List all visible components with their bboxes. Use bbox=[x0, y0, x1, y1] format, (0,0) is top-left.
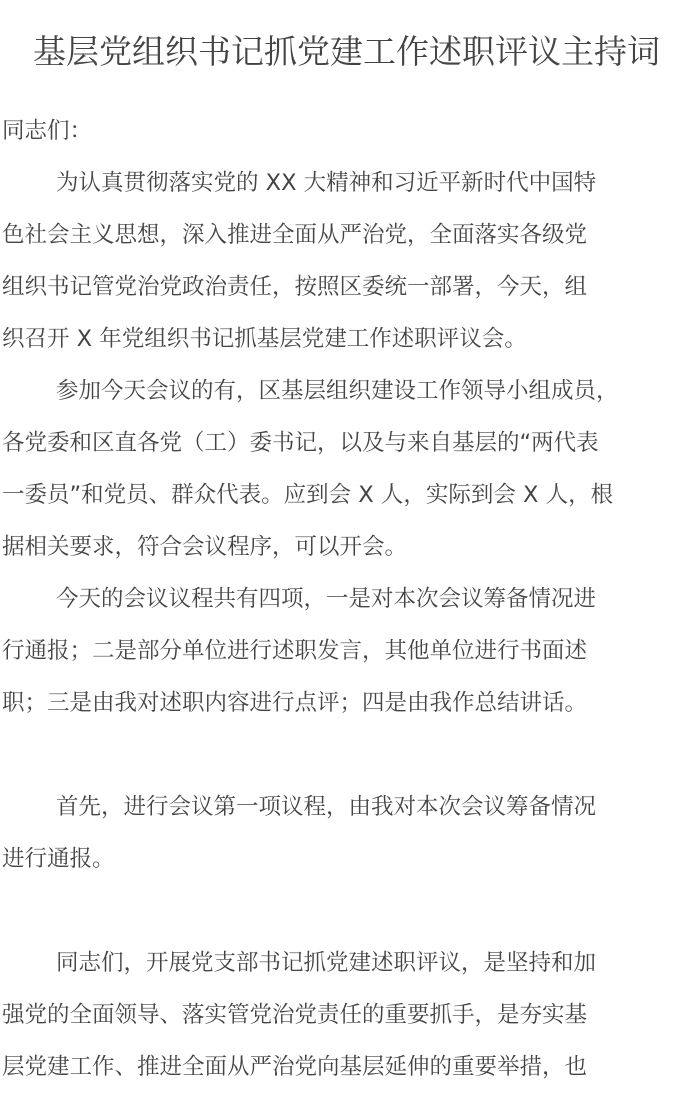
paragraph-line: 层党建工作、推进全面从严治党向基层延伸的重要举措，也 bbox=[2, 1052, 587, 1082]
paragraph-line: 织召开 X 年党组织书记抓基层党建工作述职评议会。 bbox=[2, 324, 527, 354]
paragraph-line: 进行通报。 bbox=[2, 844, 115, 874]
paragraph-line: 参加今天会议的有，区基层组织建设工作领导小组成员， bbox=[56, 376, 619, 406]
paragraph-line: 职；三是由我对述职内容进行点评；四是由我作总结讲话。 bbox=[2, 688, 587, 718]
salutation: 同志们： bbox=[2, 116, 92, 146]
paragraph-line: 行通报；二是部分单位进行述职发言，其他单位进行书面述 bbox=[2, 636, 587, 666]
paragraph-line: 强党的全面领导、落实管党治党责任的重要抓手，是夯实基 bbox=[2, 1000, 587, 1030]
paragraph-line: 色社会主义思想，深入推进全面从严治党，全面落实各级党 bbox=[2, 220, 587, 250]
paragraph-line: 据相关要求，符合会议程序，可以开会。 bbox=[2, 532, 407, 562]
paragraph-line: 为认真贯彻落实党的 XX 大精神和习近平新时代中国特 bbox=[56, 168, 596, 198]
paragraph-line: 今天的会议议程共有四项，一是对本次会议筹备情况进 bbox=[56, 584, 596, 614]
paragraph-line: 一委员”和党员、群众代表。应到会 X 人，实际到会 X 人，根 bbox=[2, 480, 613, 510]
paragraph-line: 首先，进行会议第一项议程，由我对本次会议筹备情况 bbox=[56, 792, 596, 822]
paragraph-line: 组织书记管党治党政治责任，按照区委统一部署，今天，组 bbox=[2, 272, 587, 302]
paragraph-line: 各党委和区直各党（工）委书记，以及与来自基层的“两代表 bbox=[2, 428, 599, 458]
paragraph-line: 同志们，开展党支部书记抓党建述职评议，是坚持和加 bbox=[56, 948, 596, 978]
document-title: 基层党组织书记抓党建工作述职评议主持词 bbox=[0, 28, 693, 76]
